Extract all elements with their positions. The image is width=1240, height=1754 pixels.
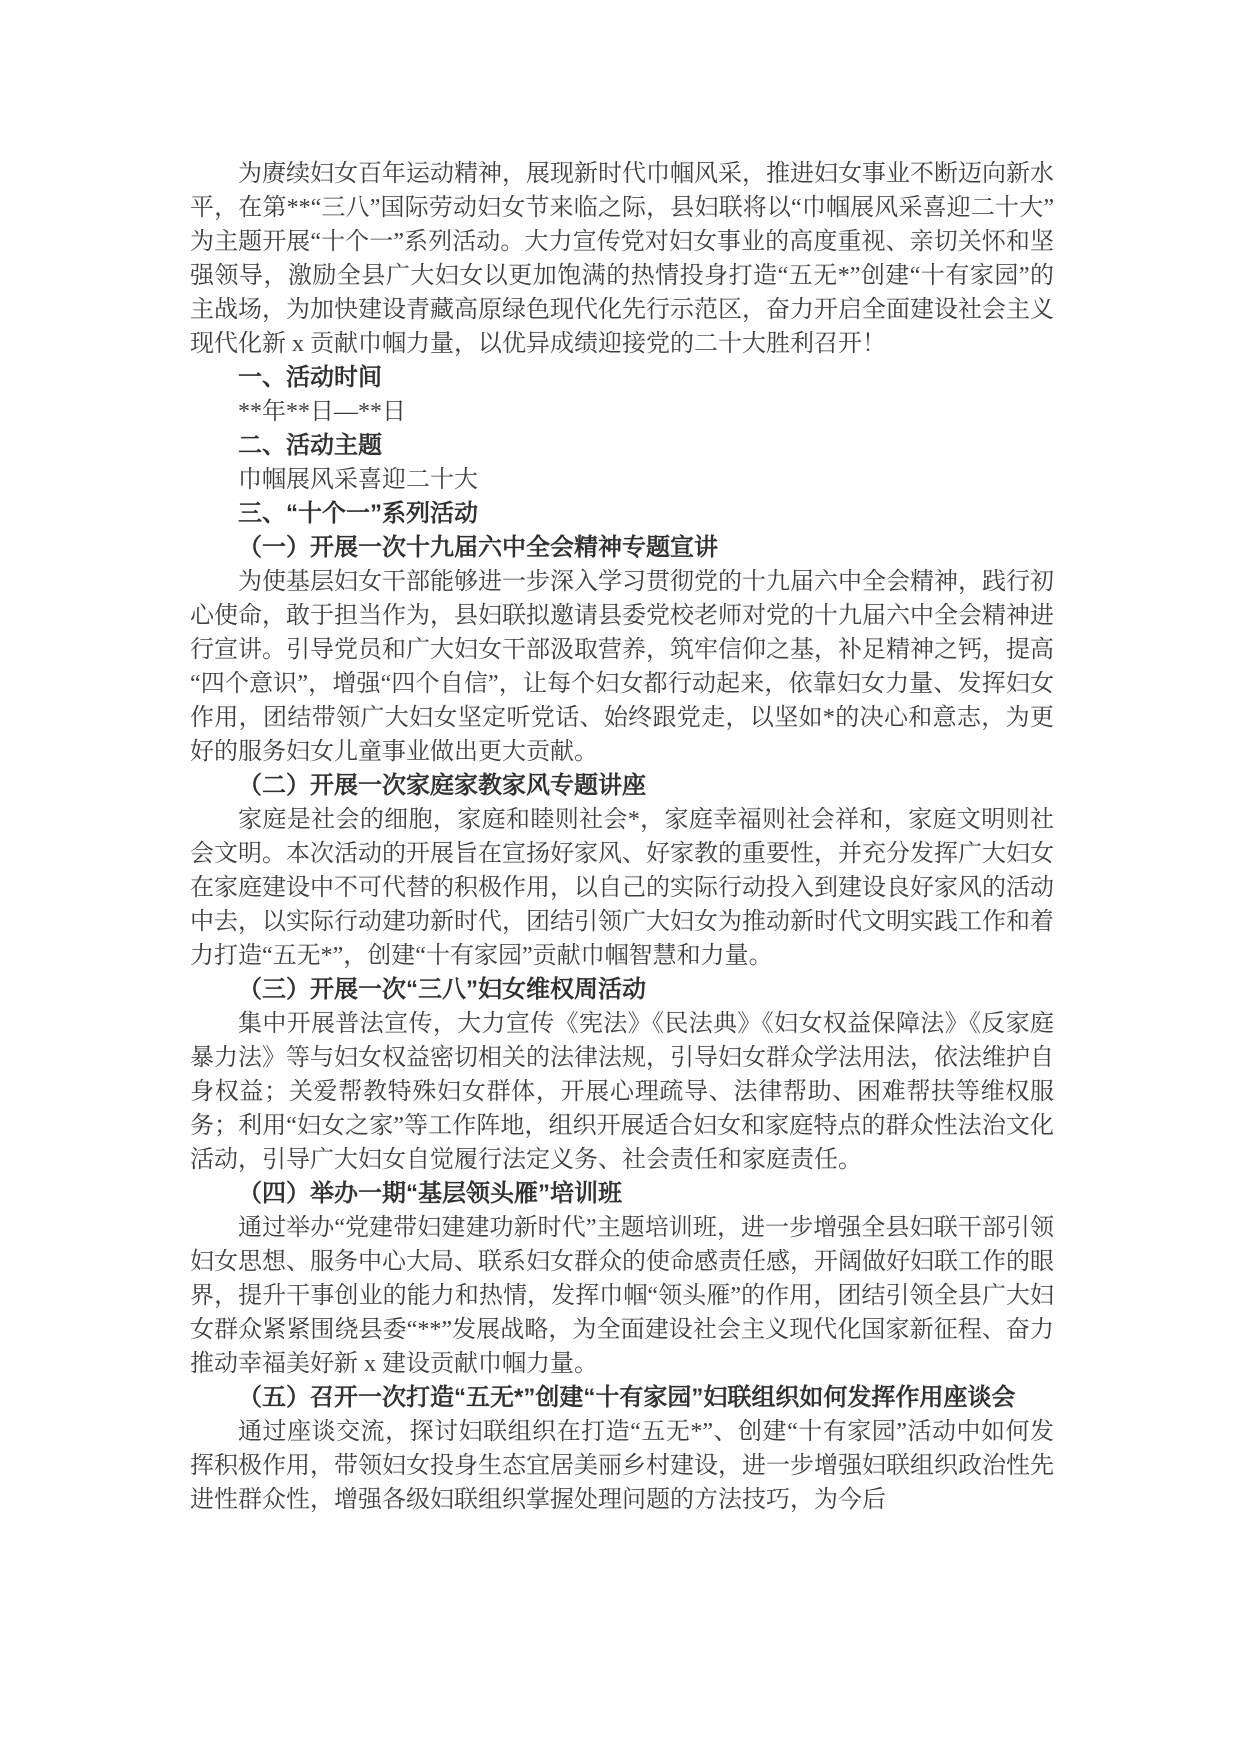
subsection-paragraph-4: 通过举办“党建带妇建建功新时代”主题培训班，进一步增强全县妇联干部引领妇女思想、… <box>190 1211 1054 1381</box>
document-page: 为赓续妇女百年运动精神，展现新时代巾帼风采，推进妇女事业不断迈向新水平，在第**… <box>0 0 1240 1754</box>
subsection-heading-2: （二）开展一次家庭家教家风专题讲座 <box>190 769 1054 803</box>
section-heading-activity-time: 一、活动时间 <box>190 361 1054 395</box>
section-heading-series: 三、“十个一”系列活动 <box>190 497 1054 531</box>
subsection-heading-1: （一）开展一次十九届六中全会精神专题宣讲 <box>190 531 1054 565</box>
subsection-heading-3: （三）开展一次“三八”妇女维权周活动 <box>190 973 1054 1007</box>
activity-theme-value: 巾帼展风采喜迎二十大 <box>190 463 1054 497</box>
subsection-paragraph-5: 通过座谈交流，探讨妇联组织在打造“五无*”、创建“十有家园”活动中如何发挥积极作… <box>190 1415 1054 1517</box>
subsection-paragraph-1: 为使基层妇女干部能够进一步深入学习贯彻党的十九届六中全会精神，践行初心使命，敢于… <box>190 565 1054 769</box>
intro-paragraph: 为赓续妇女百年运动精神，展现新时代巾帼风采，推进妇女事业不断迈向新水平，在第**… <box>190 157 1054 361</box>
activity-time-value: **年**日—**日 <box>190 395 1054 429</box>
section-heading-activity-theme: 二、活动主题 <box>190 429 1054 463</box>
subsection-heading-5: （五）召开一次打造“五无*”创建“十有家园”妇联组织如何发挥作用座谈会 <box>190 1381 1054 1415</box>
subsection-paragraph-3: 集中开展普法宣传，大力宣传《宪法》《民法典》《妇女权益保障法》《反家庭暴力法》等… <box>190 1007 1054 1177</box>
subsection-heading-4: （四）举办一期“基层领头雁”培训班 <box>190 1177 1054 1211</box>
document-content: 为赓续妇女百年运动精神，展现新时代巾帼风采，推进妇女事业不断迈向新水平，在第**… <box>190 157 1054 1517</box>
subsection-paragraph-2: 家庭是社会的细胞，家庭和睦则社会*，家庭幸福则社会祥和，家庭文明则社会文明。本次… <box>190 803 1054 973</box>
